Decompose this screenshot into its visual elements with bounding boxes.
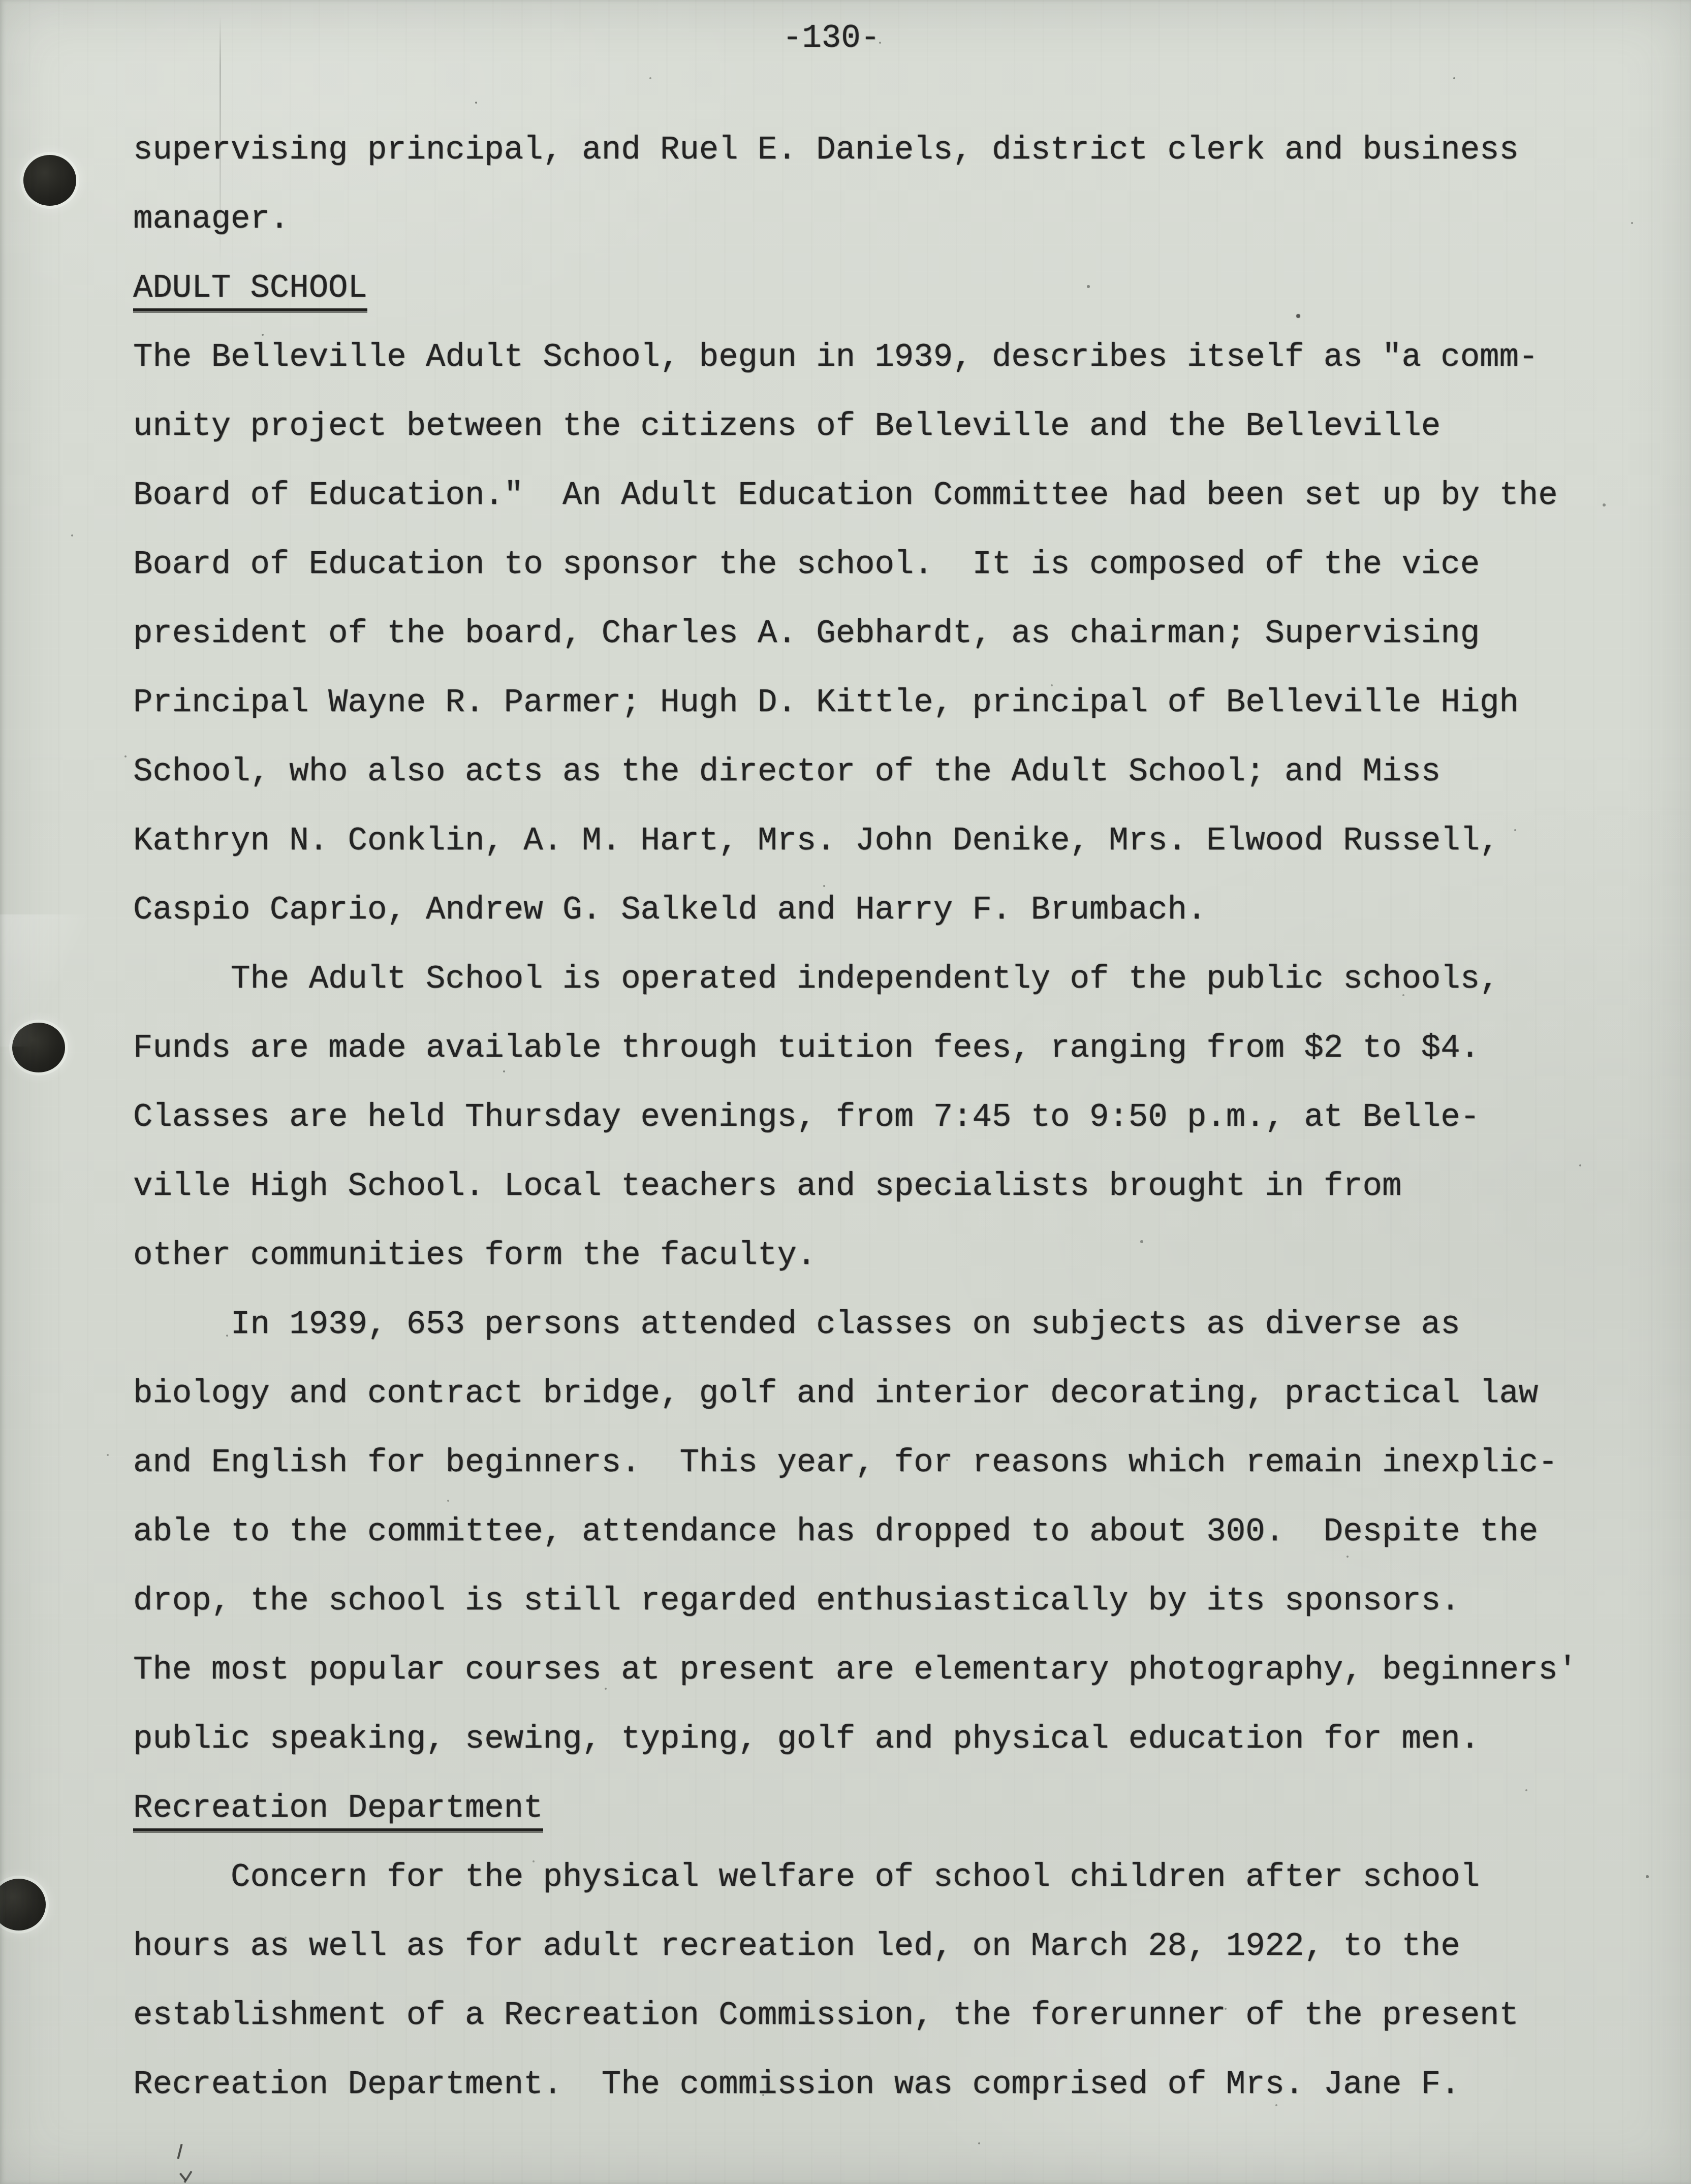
line-text: Recreation Department. The commission wa…: [133, 2067, 1460, 2103]
text-line: drop, the school is still regarded enthu…: [133, 1567, 1647, 1636]
document-page: -130- supervising principal, and Ruel E.…: [0, 0, 1691, 2184]
text-line: The most popular courses at present are …: [133, 1636, 1647, 1705]
line-text: president of the board, Charles A. Gebha…: [133, 616, 1480, 652]
line-text: hours as well as for adult recreation le…: [133, 1928, 1460, 1965]
line-text: drop, the school is still regarded enthu…: [133, 1583, 1460, 1620]
stray-pen-mark: [177, 2144, 182, 2159]
stray-check-mark: [181, 2170, 196, 2184]
text-line: The Adult School is operated independent…: [133, 945, 1647, 1014]
line-text: Board of Education." An Adult Education …: [133, 478, 1558, 514]
text-line: School, who also acts as the director of…: [133, 738, 1647, 807]
line-text: manager.: [133, 201, 289, 238]
text-line: Caspio Caprio, Andrew G. Salkeld and Har…: [133, 876, 1647, 945]
line-text: ADULT SCHOOL: [133, 270, 367, 311]
line-text: supervising principal, and Ruel E. Danie…: [133, 132, 1519, 169]
line-text: establishment of a Recreation Commission…: [133, 1998, 1519, 2034]
line-text: other communities form the faculty.: [133, 1238, 816, 1274]
page-number: -130-: [782, 20, 880, 57]
text-line: supervising principal, and Ruel E. Danie…: [133, 116, 1647, 185]
line-text: Principal Wayne R. Parmer; Hugh D. Kittl…: [133, 685, 1519, 721]
paper-crease-highlight: [0, 914, 107, 1047]
line-text: Concern for the physical welfare of scho…: [133, 1859, 1480, 1896]
line-text: Recreation Department: [133, 1790, 543, 1831]
line-text: public speaking, sewing, typing, golf an…: [133, 1721, 1480, 1758]
line-text: Classes are held Thursday evenings, from…: [133, 1099, 1480, 1136]
text-line: Principal Wayne R. Parmer; Hugh D. Kittl…: [133, 669, 1647, 738]
section-heading: Recreation Department: [133, 1774, 1647, 1843]
text-line: Concern for the physical welfare of scho…: [133, 1843, 1647, 1912]
text-line: ville High School. Local teachers and sp…: [133, 1152, 1647, 1221]
text-line: Board of Education." An Adult Education …: [133, 461, 1647, 530]
line-text: able to the committee, attendance has dr…: [133, 1514, 1538, 1550]
text-line: unity project between the citizens of Be…: [133, 392, 1647, 461]
text-line: manager.: [133, 185, 1647, 254]
text-line: able to the committee, attendance has dr…: [133, 1498, 1647, 1567]
line-text: biology and contract bridge, golf and in…: [133, 1376, 1538, 1412]
text-line: establishment of a Recreation Commission…: [133, 1981, 1647, 2050]
line-text: Caspio Caprio, Andrew G. Salkeld and Har…: [133, 892, 1206, 929]
line-text: The Adult School is operated independent…: [133, 961, 1499, 998]
text-line: Classes are held Thursday evenings, from…: [133, 1083, 1647, 1152]
text-line: The Belleville Adult School, begun in 19…: [133, 323, 1647, 392]
text-line: hours as well as for adult recreation le…: [133, 1912, 1647, 1981]
text-block: supervising principal, and Ruel E. Danie…: [133, 116, 1647, 2119]
line-text: Board of Education to sponsor the school…: [133, 547, 1480, 583]
line-text: unity project between the citizens of Be…: [133, 408, 1441, 445]
text-line: public speaking, sewing, typing, golf an…: [133, 1705, 1647, 1774]
text-line: biology and contract bridge, golf and in…: [133, 1359, 1647, 1429]
text-line: Funds are made available through tuition…: [133, 1014, 1647, 1083]
line-text: Kathryn N. Conklin, A. M. Hart, Mrs. Joh…: [133, 823, 1499, 860]
line-text: The Belleville Adult School, begun in 19…: [133, 339, 1538, 376]
dust-specks: [0, 0, 2, 2]
hole-punch-top: [23, 155, 76, 206]
text-line: other communities form the faculty.: [133, 1221, 1647, 1290]
text-line: Kathryn N. Conklin, A. M. Hart, Mrs. Joh…: [133, 807, 1647, 876]
line-text: School, who also acts as the director of…: [133, 754, 1441, 790]
hole-punch-bottom: [0, 1879, 46, 1930]
text-line: Recreation Department. The commission wa…: [133, 2050, 1647, 2119]
paper-crease-line: [220, 15, 221, 269]
line-text: The most popular courses at present are …: [133, 1652, 1577, 1689]
line-text: ville High School. Local teachers and sp…: [133, 1168, 1401, 1205]
line-text: In 1939, 653 persons attended classes on…: [133, 1307, 1460, 1343]
text-line: and English for beginners. This year, fo…: [133, 1429, 1647, 1498]
section-heading: ADULT SCHOOL: [133, 254, 1647, 323]
text-line: In 1939, 653 persons attended classes on…: [133, 1290, 1647, 1359]
text-line: Board of Education to sponsor the school…: [133, 530, 1647, 599]
text-line: president of the board, Charles A. Gebha…: [133, 599, 1647, 669]
line-text: Funds are made available through tuition…: [133, 1030, 1480, 1067]
line-text: and English for beginners. This year, fo…: [133, 1445, 1558, 1481]
